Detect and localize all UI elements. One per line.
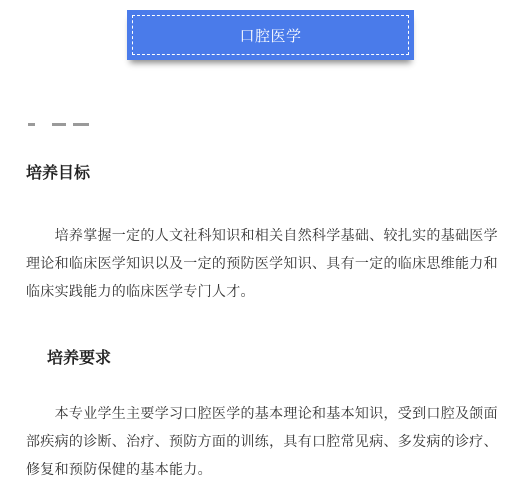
paragraph-line: 部疾病的诊断、治疗、预防方面的训练，具有口腔常见病、多发病的诊疗、 <box>26 428 516 456</box>
decorative-dashes <box>0 123 120 127</box>
paragraph-goals: 培养掌握一定的人文社科知识和相关自然科学基础、较扎实的基础医学 理论和临床医学知… <box>26 222 516 306</box>
section-heading-goals: 培养目标 <box>26 160 90 183</box>
dash-short <box>28 123 35 126</box>
section-heading-requirements: 培养要求 <box>47 345 111 368</box>
dash-long-2 <box>73 123 89 126</box>
title-banner: 口腔医学 <box>127 10 414 60</box>
paragraph-requirements: 本专业学生主要学习口腔医学的基本理论和基本知识，受到口腔及颌面 部疾病的诊断、治… <box>26 400 516 484</box>
paragraph-line: 修复和预防保健的基本能力。 <box>26 456 516 484</box>
paragraph-line: 培养掌握一定的人文社科知识和相关自然科学基础、较扎实的基础医学 <box>26 222 516 250</box>
paragraph-line: 本专业学生主要学习口腔医学的基本理论和基本知识，受到口腔及颌面 <box>26 400 516 428</box>
banner-title: 口腔医学 <box>239 25 301 46</box>
paragraph-line: 理论和临床医学知识以及一定的预防医学知识、具有一定的临床思维能力和 <box>26 250 516 278</box>
dash-long-1 <box>52 123 66 126</box>
paragraph-line: 临床实践能力的临床医学专门人才。 <box>26 278 516 306</box>
banner-background: 口腔医学 <box>127 10 414 60</box>
banner-dashed-border: 口腔医学 <box>132 15 409 55</box>
